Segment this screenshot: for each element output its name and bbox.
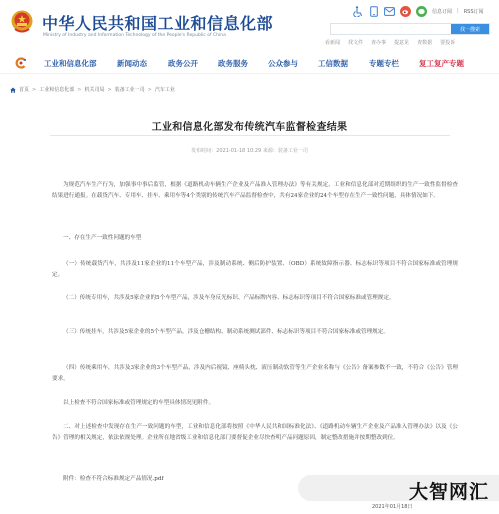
quick-link-news[interactable]: 看新闻 [325, 39, 340, 46]
nav-item-miit[interactable]: 工业和信息化部 [44, 58, 97, 69]
accessibility-icon[interactable] [352, 6, 363, 17]
quick-link-data[interactable]: 查数据 [417, 39, 432, 46]
paragraph-summary: 以上检查不符合国家标准或管理规定的车型具体情况见附件。 [52, 398, 458, 409]
quick-link-feedback[interactable]: 提意见 [394, 39, 409, 46]
nav-item-public-participation[interactable]: 公众参与 [268, 58, 298, 69]
breadcrumb-departments[interactable]: 机关司局 [84, 86, 104, 93]
breadcrumb: 首页 > 工业和信息化部 > 机关司局 > 装备工业一司 > 汽车工业 [10, 86, 175, 93]
quick-link-documents[interactable]: 找文件 [348, 39, 363, 46]
paragraph-special-vehicles: （二）传统专用车，共涉及5家企业的5个车型产品，涉及车身反光标识、产品标牌内容、… [52, 293, 458, 304]
article-meta: 发布时间：2021-01-18 10:29 来源：装备工业一司 [0, 147, 499, 154]
rss-link[interactable]: RSS订阅 [464, 8, 484, 15]
title-divider [50, 135, 450, 136]
watermark-banner: 大智网汇 [298, 475, 499, 501]
intro-paragraph: 为规范汽车生产行为，加强事中事后监管，根据《道路机动车辆生产企业及产品准入管理办… [52, 180, 458, 201]
paragraph-trucks: （一）传统载货汽车，共涉及11家企业的11个车型产品，涉及制动系统、侧后防护装置… [52, 259, 458, 280]
site-header: 中华人民共和国工业和信息化部 Ministry of Industry and … [0, 0, 499, 50]
nav-item-government-affairs[interactable]: 政务公开 [168, 58, 198, 69]
breadcrumb-separator: > [32, 87, 36, 93]
breadcrumb-separator: > [148, 87, 152, 93]
home-icon[interactable] [10, 87, 16, 93]
quick-link-services[interactable]: 查办事 [371, 39, 386, 46]
site-subtitle: Ministry of Industry and Information Tec… [43, 33, 226, 38]
miit-logo-icon[interactable] [15, 57, 27, 69]
breadcrumb-miit[interactable]: 工业和信息化部 [39, 86, 74, 93]
mobile-icon[interactable] [368, 6, 379, 17]
subscribe-link[interactable]: 信息订阅 [432, 8, 452, 15]
search-input[interactable] [331, 24, 451, 34]
wechat-icon[interactable] [416, 6, 427, 17]
site-title[interactable]: 中华人民共和国工业和信息化部 [42, 11, 273, 34]
section-heading-2: 二、对上述检查中发现存在生产一致问题的车型，工业和信息化部将按照《中华人民共和国… [52, 422, 458, 443]
watermark-text: 大智网汇 [409, 477, 489, 504]
nav-item-data[interactable]: 工信数据 [318, 58, 348, 69]
article-title: 工业和信息化部发布传统汽车监督检查结果 [0, 118, 499, 133]
breadcrumb-equipment-dept[interactable]: 装备工业一司 [115, 86, 145, 93]
paragraph-passenger-cars: （四）传统乘用车，共涉及3家企业的3个车型产品，涉及内后视镜、座椅头枕、液压制动… [52, 363, 458, 384]
national-emblem-icon [10, 9, 34, 35]
breadcrumb-separator: > [107, 87, 111, 93]
nav-item-resumption[interactable]: 复工复产专题 [419, 58, 464, 69]
breadcrumb-home[interactable]: 首页 [19, 86, 29, 93]
paragraph-trailers: （三）传统挂车，共涉及5家企业的5个车型产品，涉及仓栅结构、制动系统测试部件、标… [52, 327, 458, 338]
nav-item-government-services[interactable]: 政务服务 [218, 58, 248, 69]
nav-item-special-topics[interactable]: 专题专栏 [369, 58, 399, 69]
search-button[interactable]: 找一搜索 [451, 24, 489, 34]
quick-link-complaint[interactable]: 要投诉 [440, 39, 455, 46]
breadcrumb-auto-industry[interactable]: 汽车工业 [155, 86, 175, 93]
section-heading-1: 一、存在生产一致性问题的车型 [52, 233, 458, 244]
bottom-date: 2021年01月18日 [372, 503, 412, 510]
weibo-icon[interactable] [400, 6, 411, 17]
nav-item-news[interactable]: 新闻动态 [117, 58, 147, 69]
quick-links: 看新闻 找文件 查办事 提意见 查数据 要投诉 [325, 39, 455, 46]
mail-icon[interactable] [384, 6, 395, 17]
main-nav: 工业和信息化部 新闻动态 政务公开 政务服务 公众参与 工信数据 专题专栏 复工… [0, 52, 499, 74]
breadcrumb-separator: > [77, 87, 81, 93]
search-box: 找一搜索 [330, 23, 490, 35]
top-tools: 信息订阅 | RSS订阅 [352, 4, 484, 18]
separator: | [457, 8, 459, 14]
